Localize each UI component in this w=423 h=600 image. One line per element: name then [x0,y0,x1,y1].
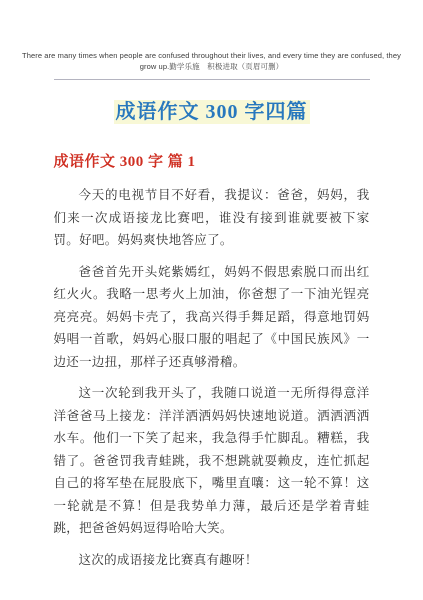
page-title: 成语作文 300 字四篇 [54,95,370,124]
header-divider [54,79,370,80]
header-english-text: There are many times when people are con… [22,51,401,60]
essay-paragraph: 今天的电视节目不好看，我提议：爸爸，妈妈，我们来一次成语接龙比赛吧，谁没有接到谁… [54,184,370,252]
header-chinese-text: 勤学乐施 积极进取（页眉可删） [169,62,283,71]
page-header: There are many times when people are con… [0,0,423,72]
essay-paragraph: 这一次轮到我开头了，我随口说道一无所得得意洋洋爸爸马上接龙：洋洋洒洒妈妈快速地说… [54,382,370,540]
document-page: There are many times when people are con… [0,0,423,600]
essay-body: 今天的电视节目不好看，我提议：爸爸，妈妈，我们来一次成语接龙比赛吧，谁没有接到谁… [54,184,370,571]
page-title-text: 成语作文 300 字四篇 [114,100,310,124]
essay-paragraph: 这次的成语接龙比赛真有趣呀！ [54,549,370,572]
section-heading: 成语作文 300 字 篇 1 [54,150,370,171]
essay-paragraph: 爸爸首先开头姹紫嫣红，妈妈不假思索脱口而出红红火火。我略一思考火上加油，你爸想了… [54,261,370,374]
header-english-tail: grow up. [140,62,170,71]
